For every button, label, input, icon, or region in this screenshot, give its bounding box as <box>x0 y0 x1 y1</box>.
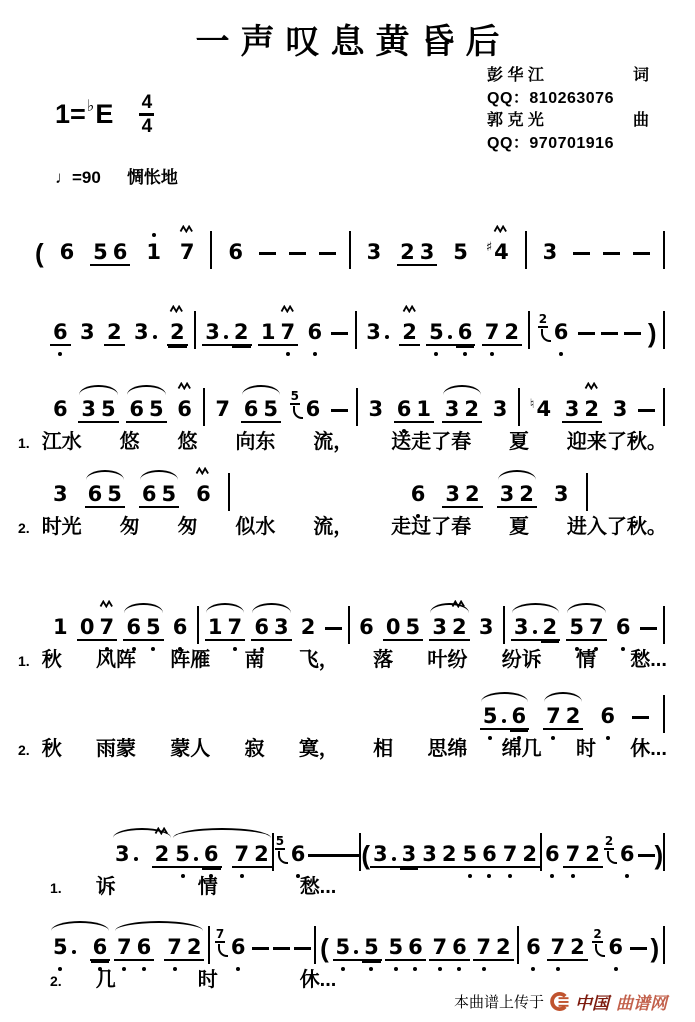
note-digit: 3 <box>479 615 494 639</box>
slur-arc <box>124 603 162 613</box>
note-digit: 2 <box>504 320 519 344</box>
note-digit: 6 <box>93 935 108 959</box>
note-digit: 6 <box>228 240 243 264</box>
note-3: 3 <box>401 844 418 865</box>
augmentation-dot <box>392 857 396 861</box>
octave-dot-low <box>369 967 373 971</box>
barline <box>208 926 210 964</box>
parenthesis-open: ( <box>361 842 370 868</box>
second-underline <box>168 346 187 348</box>
lyric-word: 思绵 <box>427 732 467 761</box>
note-digit-wrap: 2 <box>186 937 203 958</box>
note-digit-wrap: 7 <box>484 322 501 343</box>
note-digit: 2 <box>570 935 585 959</box>
note-2: 2 <box>463 399 480 420</box>
note-3: 3 <box>133 322 159 343</box>
note-digit-wrap: 6 <box>52 399 69 420</box>
note-digit: 6 <box>482 842 497 866</box>
note-2: 2 <box>451 617 468 638</box>
grace-note: 2 <box>605 844 618 865</box>
note-digit: 7 <box>566 842 581 866</box>
note-digit-wrap: 3 <box>372 844 389 865</box>
note-digit: 6 <box>308 320 323 344</box>
note-digit: 2 <box>464 397 479 421</box>
note-digit: 2 <box>442 842 457 866</box>
note-5: 5 <box>52 937 78 958</box>
lyric-word: 走过了春 <box>391 510 471 539</box>
expression-text: 惆怅地 <box>127 168 178 187</box>
note-digit: 5 <box>146 615 161 639</box>
slur-arc <box>512 603 559 613</box>
note-2: 2 <box>401 322 418 343</box>
slur-arc <box>242 385 280 395</box>
beam-group: ♯4 <box>484 242 512 263</box>
mordent-icon <box>180 225 195 233</box>
note-digit: 5 <box>453 240 468 264</box>
beam-group: 65 <box>126 399 166 423</box>
note-digit-wrap: 6 <box>451 937 468 958</box>
note-digit-wrap: 3 <box>421 844 438 865</box>
note-6: 6 <box>457 322 474 343</box>
note-digit-wrap: 7 <box>565 844 582 865</box>
note-digit: 6 <box>137 935 152 959</box>
beam-group: 3 <box>365 399 386 420</box>
key-signature: 1= ♭ E 4 4 <box>55 93 154 136</box>
note-digit-wrap: 6 <box>307 322 324 343</box>
note-digit-wrap: 3 <box>499 484 516 505</box>
note-digit-wrap: 6 <box>544 844 561 865</box>
note-0: 0 <box>385 617 402 638</box>
note-digit-wrap: 2 <box>495 937 512 958</box>
note-digit-wrap: 5 <box>52 937 69 958</box>
beam-group: 32 <box>511 617 560 641</box>
slur-cluster: 7672 <box>114 937 205 958</box>
augmentation-dot <box>533 630 537 634</box>
note-3: 3 <box>612 399 629 420</box>
note-digit-wrap: 7 <box>166 937 183 958</box>
slur-arc <box>252 603 290 613</box>
note-digit-wrap: 5 <box>568 617 585 638</box>
note-2: 2 <box>569 937 586 958</box>
slide-hook-icon <box>595 944 605 957</box>
note-digit: 6 <box>408 935 423 959</box>
sheet-music-page: 一声叹息黄昏后 1= ♭ E 4 4 ♩=90惆怅地 彭 华 江 词 QQ：81… <box>0 0 695 1022</box>
note-5: 5 <box>482 706 508 727</box>
barline <box>528 311 530 349</box>
note-digit-wrap: 1 <box>415 399 432 420</box>
note-4: ♯4 <box>486 242 510 263</box>
note-6: 6 <box>253 617 270 638</box>
note-digit: 6 <box>129 397 144 421</box>
beam-group: 63 <box>251 617 291 641</box>
beam-group: 3 <box>490 399 511 420</box>
note-digit: 5 <box>53 935 68 959</box>
time-signature-bottom: 4 <box>142 117 153 136</box>
note-3: 3 <box>372 844 398 865</box>
lyric-words: 江水悠悠向东流，送走了春夏迎来了秋。 <box>42 425 667 454</box>
note-digit: 7 <box>99 615 114 639</box>
note-7: 7 <box>565 844 582 865</box>
lyric-words: 秋雨蒙蒙人寂寞，相思绵绵几时休... <box>42 732 667 761</box>
beam-group: 32 <box>562 399 602 423</box>
barline <box>525 231 527 269</box>
beam-group: 56 <box>460 844 500 868</box>
note-6: 6 <box>525 937 542 958</box>
beam-group: 6 <box>597 706 618 727</box>
beam-group: 65 <box>85 484 125 508</box>
note-digit: 5 <box>406 615 421 639</box>
duration-dash <box>632 716 649 720</box>
lyric-words: 时光匆匆似水流，走过了春夏进入了秋。 <box>42 510 667 539</box>
note-digit-wrap: 3 <box>513 617 530 638</box>
note-3: 3 <box>499 484 516 505</box>
note-digit-wrap: 7 <box>502 844 519 865</box>
duration-dash <box>601 332 618 336</box>
duration-dash <box>252 947 269 951</box>
note-digit: 2 <box>400 240 415 264</box>
note-digit: 1 <box>53 615 68 639</box>
note-5: 5 <box>262 399 279 420</box>
note-digit: 2 <box>155 842 170 866</box>
note-2: 2 <box>565 706 582 727</box>
note-2: 2 <box>233 322 250 343</box>
note-3: 3 <box>478 617 495 638</box>
note-digit: 7 <box>503 842 518 866</box>
note-digit-wrap: 3 <box>365 322 382 343</box>
note-digit: 6 <box>291 842 306 866</box>
note-digit: 6 <box>452 935 467 959</box>
verse-number: 2. <box>18 520 30 536</box>
note-digit: 7 <box>167 935 182 959</box>
note-digit-wrap: 6 <box>358 617 375 638</box>
octave-dot-low <box>531 967 535 971</box>
octave-dot-low <box>438 967 442 971</box>
beam-group: 3 <box>363 322 393 343</box>
note-digit-wrap: 2 <box>154 844 171 865</box>
note-digit: 3 <box>274 615 289 639</box>
lyric-word: 雨蒙 <box>96 732 136 761</box>
octave-dot-low <box>468 874 472 878</box>
note-digit-wrap: 1 <box>260 322 277 343</box>
beam-group: 32 <box>429 617 469 641</box>
note-digit-wrap: 5 <box>106 484 123 505</box>
note-5: 5 <box>568 617 585 638</box>
note-2: 2 <box>399 242 416 263</box>
footer: 本曲谱上传于 中国曲谱网 <box>454 989 667 1014</box>
octave-dot-low <box>606 736 610 740</box>
note-digit-wrap: 7 <box>588 617 605 638</box>
note-digit-wrap: 6 <box>481 844 498 865</box>
note-digit-wrap: 3 <box>366 242 383 263</box>
note-digit: 3 <box>445 397 460 421</box>
note-digit-wrap: 6 <box>141 484 158 505</box>
note-digit-wrap: 5 <box>148 399 165 420</box>
note-digit-wrap: 2 <box>569 937 586 958</box>
note-digit: 3 <box>205 320 220 344</box>
second-underline <box>362 961 381 963</box>
barline <box>663 388 665 426</box>
augmentation-dot <box>354 950 358 954</box>
lyric-word: 时光 <box>42 510 82 539</box>
note-digit-wrap: 3 <box>79 322 96 343</box>
note-digit-wrap: 5 <box>92 242 109 263</box>
augmentation-dot <box>134 857 138 861</box>
note-digit-wrap: 5 <box>452 242 469 263</box>
note-digit-wrap: 7 <box>549 937 566 958</box>
note-1: 1 <box>207 617 224 638</box>
note-6: 6 <box>451 937 468 958</box>
duration-dash <box>325 854 342 858</box>
note-digit-wrap: 6 <box>396 399 413 420</box>
time-signature-top: 4 <box>142 93 153 112</box>
note-digit: 7 <box>180 240 195 264</box>
note-digit: 6 <box>196 482 211 506</box>
note-digit: 3 <box>493 397 508 421</box>
parenthesis-close: ) <box>648 320 657 346</box>
beam-group: 32 <box>497 484 537 508</box>
note-digit: 3 <box>514 615 529 639</box>
duration-dash <box>289 252 306 256</box>
note-digit-wrap: 6 <box>136 937 153 958</box>
lyric-row: 1.江水悠悠向东流，送走了春夏迎来了秋。 <box>0 420 695 454</box>
note-7: 7 <box>179 242 196 263</box>
augmentation-dot <box>72 950 76 954</box>
note-digit: 2 <box>496 935 511 959</box>
note-digit: 6 <box>204 842 219 866</box>
note-digit-wrap: 6 <box>195 484 212 505</box>
beam-group: 6 <box>90 937 111 961</box>
note-6: 26 <box>593 937 624 958</box>
beam-group: 35 <box>78 399 118 423</box>
octave-dot-low <box>178 647 182 651</box>
note-digit: 6 <box>600 704 615 728</box>
slide-hook-icon <box>218 944 228 957</box>
octave-dot-low <box>413 967 417 971</box>
note-3: 3 <box>492 399 509 420</box>
beam-group: 61 <box>394 399 434 423</box>
parenthesis-open: ( <box>320 935 329 961</box>
beam-group: 33 <box>370 844 419 868</box>
lyric-row: 2.几时休... <box>0 958 695 992</box>
barline <box>203 388 205 426</box>
note-6: 6 <box>358 617 375 638</box>
barline <box>210 231 212 269</box>
note-digit: 3 <box>80 320 95 344</box>
grace-note: 2 <box>539 322 552 343</box>
augmentation-dot <box>385 335 389 339</box>
duration-dash <box>259 252 276 256</box>
note-7: 7 <box>502 844 519 865</box>
octave-dot-low <box>105 647 109 651</box>
note-digit-wrap: 7 <box>545 706 562 727</box>
note-5: 5 <box>92 242 109 263</box>
quarter-note-icon: ♩ <box>55 168 72 187</box>
key-prefix: 1= <box>55 101 86 128</box>
lyric-word: 休... <box>630 732 667 761</box>
parenthesis-open: ( <box>35 240 44 266</box>
note-digit: 1 <box>261 320 276 344</box>
note-digit-wrap: 2 <box>300 617 317 638</box>
note-2: 2 <box>441 844 458 865</box>
music-system-intro-line-1: (6561763235♯43 <box>0 219 695 263</box>
composer-name: 郭 克 光 <box>487 110 544 133</box>
note-digit-wrap: 6 <box>525 937 542 958</box>
barline <box>348 606 350 644</box>
note-7: 7 <box>431 937 448 958</box>
note-digit: 6 <box>126 615 141 639</box>
lyric-row: 2.秋雨蒙蒙人寂寞，相思绵绵几时休... <box>0 727 695 761</box>
note-digit: 2 <box>187 935 202 959</box>
beam-group: 56 <box>480 706 529 730</box>
note-digit-wrap: 1 <box>52 617 69 638</box>
note-digit: 6 <box>88 482 103 506</box>
note-5: 5 <box>174 844 200 865</box>
beam-group: 65 <box>123 617 163 641</box>
note-6: 6 <box>243 399 260 420</box>
note-3: 3 <box>564 399 581 420</box>
note-digit-wrap: 7 <box>226 617 243 638</box>
note-digit: 2 <box>107 320 122 344</box>
beam-group: 3 <box>77 322 98 343</box>
note-7: 7 <box>98 617 115 638</box>
slide-hook-icon <box>293 406 303 419</box>
verse-number: 2. <box>18 742 30 758</box>
duration-dash <box>342 854 359 858</box>
note-digit: 6 <box>526 935 541 959</box>
note-digit-wrap: 2 <box>401 322 418 343</box>
note-digit-wrap: 7 <box>234 844 251 865</box>
note-digit: 3 <box>367 240 382 264</box>
note-digit: 6 <box>359 615 374 639</box>
note-4: ♮4 <box>530 399 552 420</box>
grace-note-digit: 2 <box>592 928 602 943</box>
octave-dot-low <box>402 429 406 433</box>
verse-number: 1. <box>50 880 62 896</box>
note-3: 3 <box>365 322 391 343</box>
note-6: 6 <box>396 399 413 420</box>
beam-group: 6 <box>225 242 246 263</box>
octave-dot-low <box>487 874 491 878</box>
key-letter: E <box>95 101 113 128</box>
lyric-word: 迎来了秋。 <box>567 425 667 454</box>
beam-group: 23 <box>397 242 437 266</box>
note-digit-wrap: 2 <box>503 322 520 343</box>
note-digit-wrap: 5 <box>363 937 380 958</box>
beam-group: 56 <box>274 844 309 865</box>
octave-dot-low <box>482 967 486 971</box>
slur-arc <box>79 385 117 395</box>
octave-dot-low <box>58 967 62 971</box>
mordent-icon <box>494 225 509 233</box>
note-0: 0 <box>79 617 96 638</box>
lyric-word: 愁... <box>630 643 667 672</box>
duration-dash <box>573 252 590 256</box>
slide-hook-icon <box>607 851 617 864</box>
barline <box>586 473 588 511</box>
note-digit: 6 <box>173 615 188 639</box>
slur-arc <box>86 470 124 480</box>
note-digit: 5 <box>162 482 177 506</box>
beam-group: 56 <box>289 399 324 420</box>
lyric-word: 休... <box>300 963 337 992</box>
duration-dash <box>578 332 595 336</box>
beam-group: 56 <box>90 242 130 266</box>
lyric-word: 夏 <box>509 510 529 539</box>
octave-dot-low <box>594 647 598 651</box>
augmentation-dot <box>153 335 157 339</box>
note-6: 6 <box>136 937 153 958</box>
note-digit: 6 <box>512 704 527 728</box>
beam-group: 32 <box>442 484 482 508</box>
note-digit: 3 <box>565 397 580 421</box>
note-digit: 6 <box>53 397 68 421</box>
note-2: 2 <box>521 844 538 865</box>
mordent-icon <box>170 305 185 313</box>
note-digit: 6 <box>306 397 321 421</box>
note-digit-wrap: 6 <box>407 937 424 958</box>
note-2: 2 <box>583 399 600 420</box>
note-6: 56 <box>291 399 322 420</box>
note-digit: 6 <box>53 320 68 344</box>
note-3: 3 <box>431 617 448 638</box>
slur-cluster: 32 <box>112 844 172 865</box>
note-digit-wrap: 2 <box>441 844 458 865</box>
slur-arc <box>140 470 178 480</box>
note-digit-wrap: 2 <box>253 844 270 865</box>
beam-group: 72 <box>563 844 603 868</box>
note-5: 5 <box>148 399 165 420</box>
slur-arc <box>544 692 582 702</box>
barline <box>663 926 665 964</box>
second-underline <box>456 346 475 348</box>
lyric-word: 阵雁 <box>170 643 210 672</box>
note-digit-wrap: 2 <box>169 322 186 343</box>
slur-arc <box>127 385 165 395</box>
note-digit: 7 <box>485 320 500 344</box>
lyric-word: 诉 <box>96 870 116 899</box>
note-digit-wrap: 2 <box>583 399 600 420</box>
note-5: 5 <box>405 617 422 638</box>
note-digit-wrap: 6 <box>290 844 307 865</box>
note-digit: 2 <box>301 615 316 639</box>
note-digit-wrap: 6 <box>615 617 632 638</box>
note-digit-wrap: 2 <box>542 617 559 638</box>
note-digit-wrap: 2 <box>584 844 601 865</box>
beam-group: 2 <box>167 322 188 346</box>
octave-dot-low <box>98 967 102 971</box>
lyric-word: 时 <box>576 732 596 761</box>
lyric-word: 寞， <box>299 732 339 761</box>
music-system-coda-line2: 56767276(5556767267226) <box>0 914 695 958</box>
octave-dot-low <box>559 352 563 356</box>
note-digit-wrap: 6 <box>128 399 145 420</box>
spacer <box>244 504 394 505</box>
note-7: 7 <box>166 937 183 958</box>
barline <box>356 388 358 426</box>
lyric-word: 悠 <box>177 425 197 454</box>
note-digit: 3 <box>554 482 569 506</box>
octave-dot-low <box>614 967 618 971</box>
note-6: 6 <box>52 399 69 420</box>
note-digit-wrap: 3 <box>80 399 97 420</box>
note-digit: 6 <box>60 240 75 264</box>
lyric-row: 1.秋风阵阵雁南飞，落叶纷纷诉情愁... <box>0 638 695 672</box>
note-digit-wrap: 6 <box>619 844 636 865</box>
beam-group: 72 <box>482 322 522 346</box>
note-5: 5 <box>106 484 123 505</box>
grace-note-digit: 7 <box>215 928 225 943</box>
octave-dot-low <box>132 647 136 651</box>
